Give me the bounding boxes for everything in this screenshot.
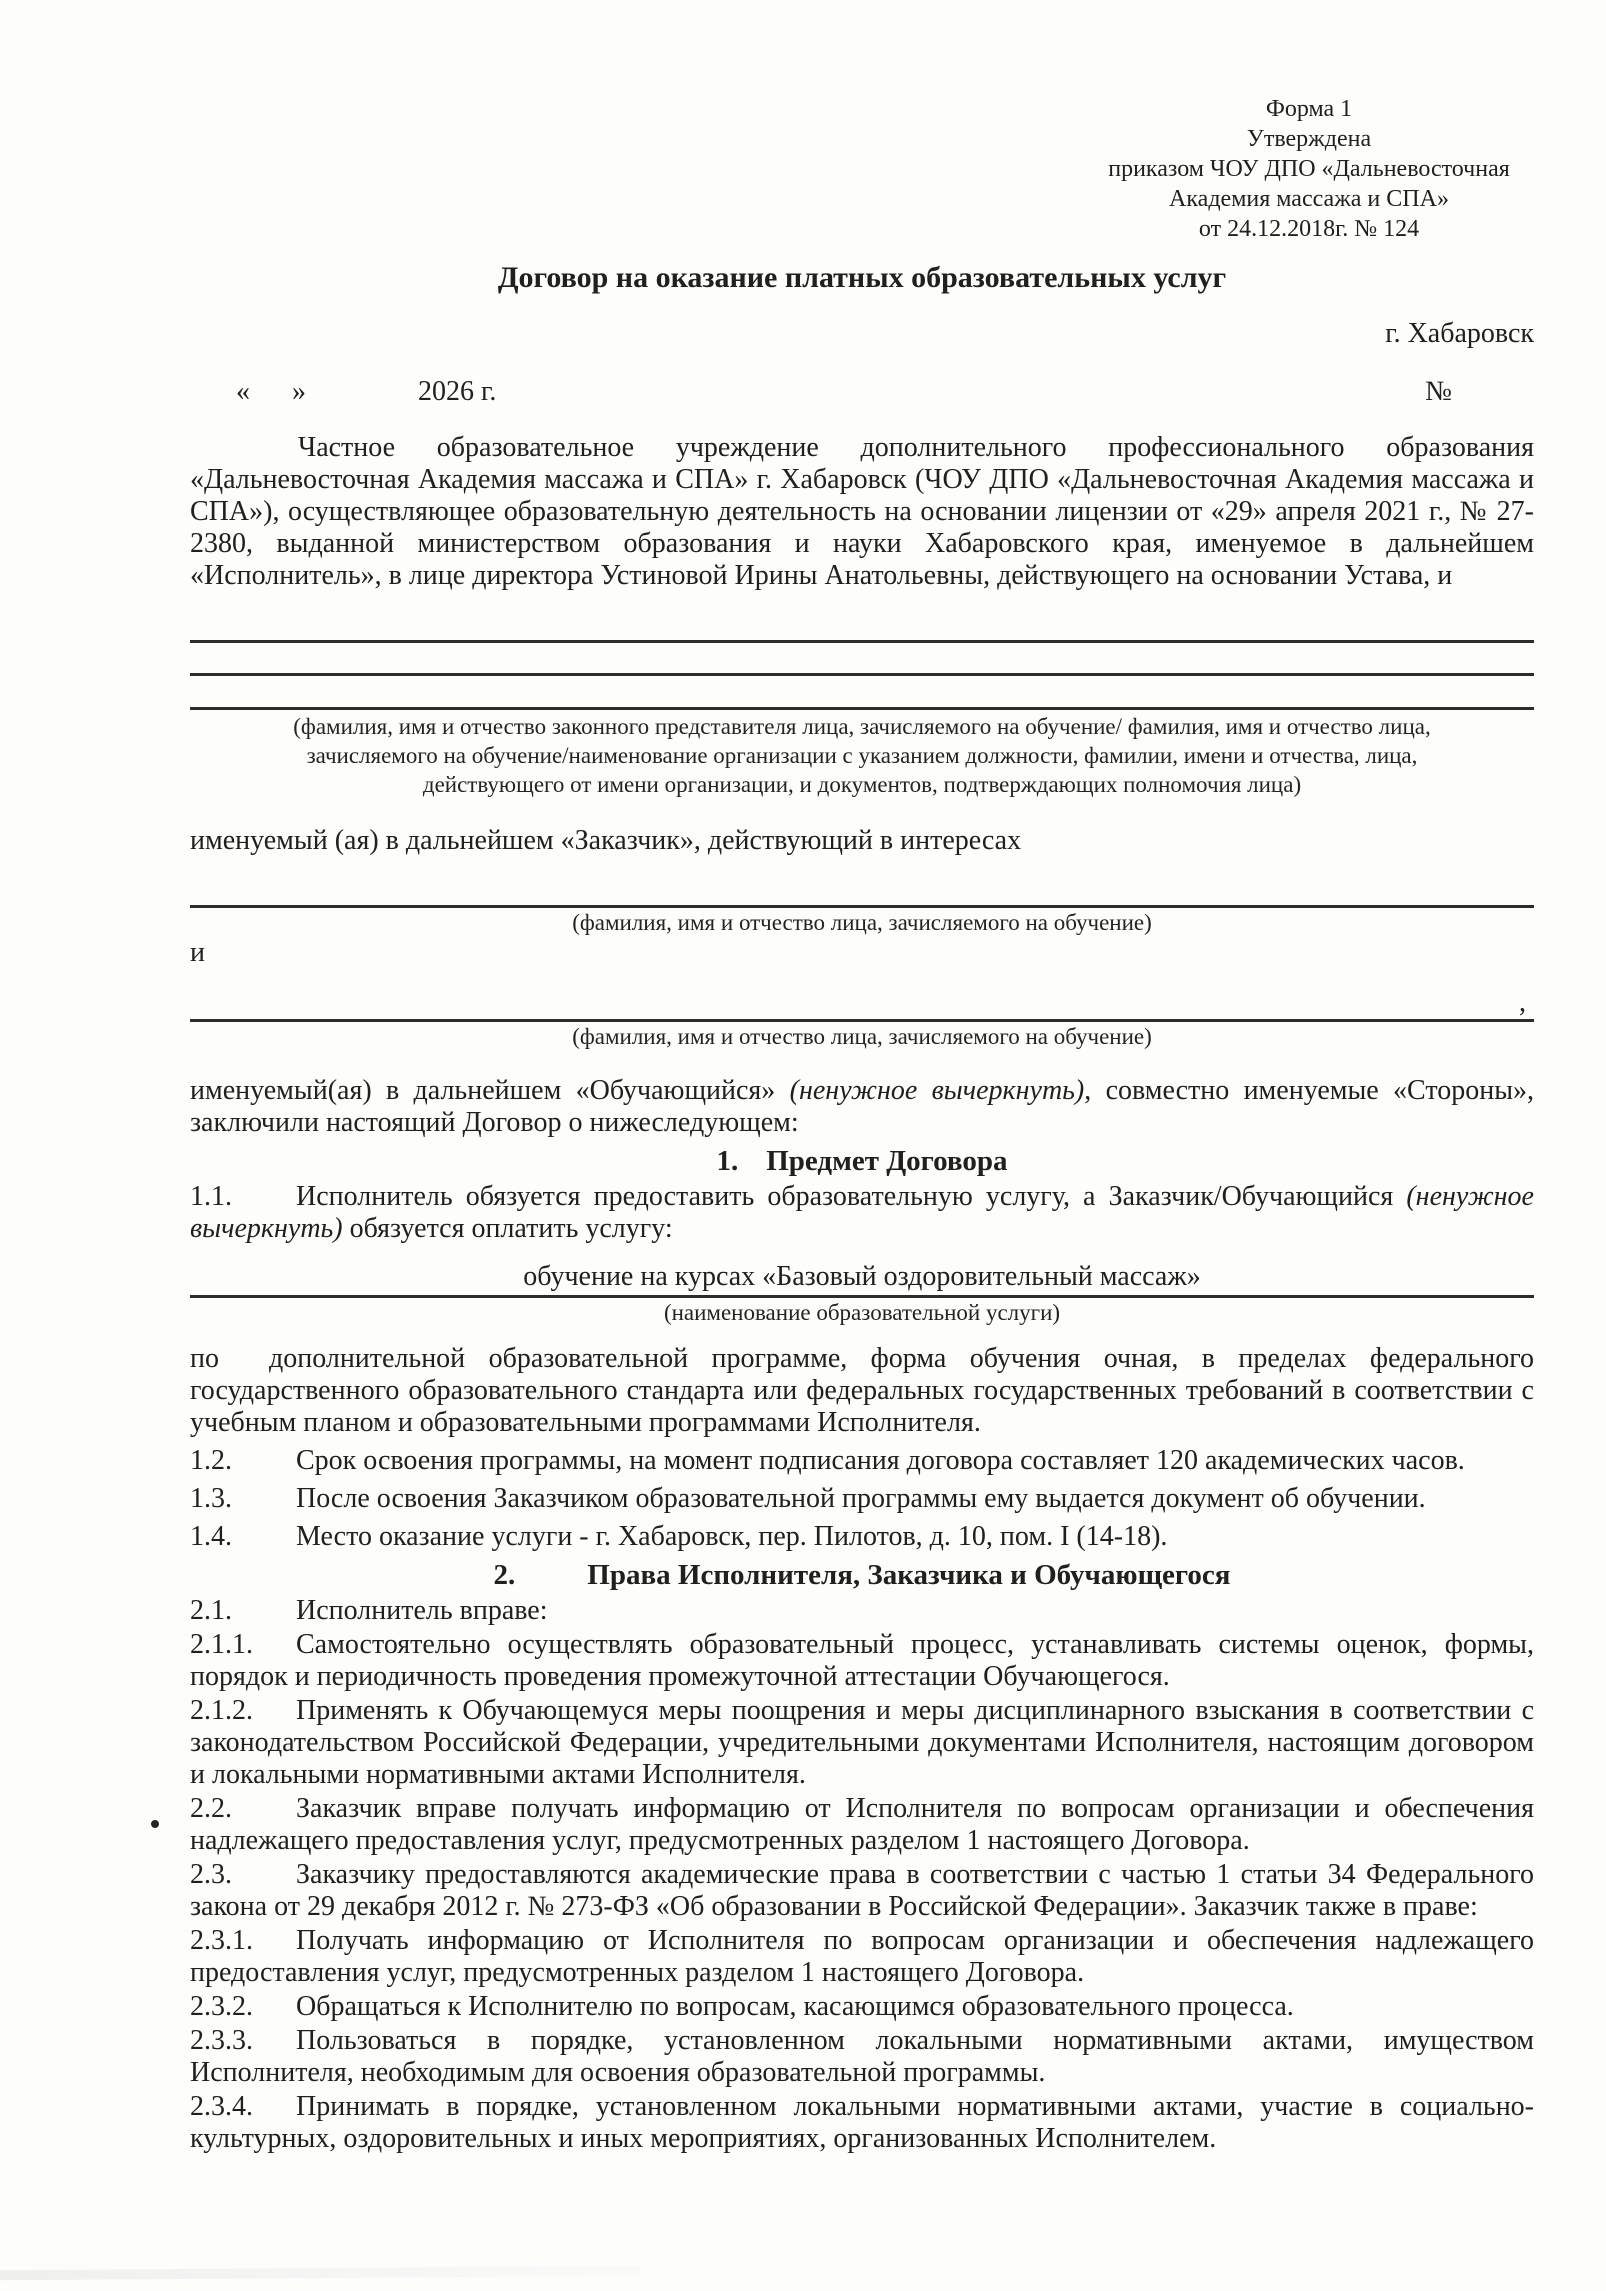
approval-note-line: Форма 1 [1084,94,1534,124]
clause-2-3: 2.3.Заказчику предоставляются академичес… [190,1859,1534,1923]
clause-number: 1.2. [190,1445,296,1477]
clause-program: подополнительной образовательной програм… [190,1343,1534,1439]
clause-text: Принимать в порядке, установленном локал… [190,2091,1534,2154]
clause-2-1-1: 2.1.1.Самостоятельно осуществлять образо… [190,1629,1534,1693]
student-clause-text: именуемый(ая) в дальнейшем «Обучающийся» [190,1075,790,1106]
clause-2-2: 2.2.Заказчик вправе получать информацию … [190,1793,1534,1857]
date-number-row: « » 2026 г. № [190,376,1534,408]
fill-in-caption-long: (фамилия, имя и отчество законного предс… [190,712,1534,799]
clause-text: Срок освоения программы, на момент подпи… [296,1445,1465,1476]
fill-in-line [190,857,1534,908]
service-name: обучение на курсах «Базовый оздоровитель… [523,1261,1200,1292]
document-title: Договор на оказание платных образователь… [190,260,1534,296]
clause-text: обязуется оплатить услугу: [343,1213,673,1244]
clause-text: Исполнитель обязуется предоставить образ… [296,1181,1406,1212]
approval-note-line: Академия массажа и СПА» [1084,184,1534,214]
strike-note-italic: (ненужное вычеркнуть) [790,1075,1085,1106]
clause-2-3-4: 2.3.4.Принимать в порядке, установленном… [190,2091,1534,2155]
approval-note-line: от 24.12.2018г. № 124 [1084,214,1534,244]
clause-number: 1.1. [190,1181,296,1213]
clause-text: Заказчик вправе получать информацию от И… [190,1793,1534,1856]
clause-number: 2.3.4. [190,2091,296,2123]
approval-note: Форма 1 Утверждена приказом ЧОУ ДПО «Дал… [1084,94,1534,244]
fill-in-line [190,676,1534,710]
city-line: г. Хабаровск [190,318,1534,350]
clause-number: 2.1.2. [190,1695,296,1727]
clause-2-1-2: 2.1.2.Применять к Обучающемуся меры поощ… [190,1695,1534,1791]
clause-text: Исполнитель вправе: [296,1595,548,1626]
ink-speck [151,1820,159,1828]
clause-text: Самостоятельно осуществлять образователь… [190,1629,1534,1692]
clause-1-4: 1.4.Место оказание услуги - г. Хабаровск… [190,1521,1534,1553]
clause-number: 2.3.2. [190,1991,296,2023]
student-clause: именуемый(ая) в дальнейшем «Обучающийся»… [190,1075,1534,1139]
clause-1-1: 1.1.Исполнитель обязуется предоставить о… [190,1181,1534,1245]
section-number: 1. [717,1145,739,1177]
caption-line: зачисляемого на обучение/наименование ор… [190,741,1534,770]
intro-paragraph: Частное образовательное учреждение допол… [190,432,1534,592]
document-content: Форма 1 Утверждена приказом ЧОУ ДПО «Дал… [190,0,1534,2155]
clause-number: 2.3. [190,1859,296,1891]
clause-text: После освоения Заказчиком образовательно… [296,1483,1426,1514]
clause-number: 1.3. [190,1483,296,1515]
fill-in-lines [190,606,1534,710]
service-name-line: обучение на курсах «Базовый оздоровитель… [190,1261,1534,1298]
clause-text: Обращаться к Исполнителю по вопросам, ка… [296,1991,1294,2022]
clause-text: Применять к Обучающемуся меры поощрения … [190,1695,1534,1790]
clause-2-3-1: 2.3.1.Получать информацию от Исполнителя… [190,1925,1534,1989]
clause-text: Получать информацию от Исполнителя по во… [190,1925,1534,1988]
clause-number: 2.2. [190,1793,296,1825]
fill-in-line: , [190,969,1534,1022]
date-blank: « » 2026 г. [236,376,496,408]
approval-note-line: Утверждена [1084,124,1534,154]
clause-number: 2.3.3. [190,2025,296,2057]
clause-number: 2.3.1. [190,1925,296,1957]
scan-smudge [0,2266,640,2280]
clause-1-2: 1.2.Срок освоения программы, на момент п… [190,1445,1534,1477]
section-1-heading: 1.Предмет Договора [190,1143,1534,1179]
document-page: Форма 1 Утверждена приказом ЧОУ ДПО «Дал… [0,0,1606,2291]
clause-text: дополнительной образовательной программе… [190,1343,1534,1438]
clause-number: 2.1. [190,1595,296,1627]
and-word: и [190,937,1534,969]
customer-clause: именуемый (ая) в дальнейшем «Заказчик», … [190,825,1534,857]
caption-line: (фамилия, имя и отчество законного предс… [190,712,1534,741]
service-caption: (наименование образовательной услуги) [190,1298,1534,1327]
contract-number-sign: № [1425,376,1452,408]
clause-number: 2.1.1. [190,1629,296,1661]
clause-number: 1.4. [190,1521,296,1553]
trailing-comma: , [1519,987,1526,1019]
clause-text: Заказчику предоставляются академические … [190,1859,1534,1922]
fill-in-caption-short: (фамилия, имя и отчество лица, зачисляем… [190,908,1534,937]
clause-1-3: 1.3.После освоения Заказчиком образовате… [190,1483,1534,1515]
approval-note-line: приказом ЧОУ ДПО «Дальневосточная [1084,154,1534,184]
section-number: 2. [494,1559,516,1591]
section-title: Права Исполнителя, Заказчика и Обучающег… [587,1559,1230,1591]
clause-text: Пользоваться в порядке, установленном ло… [190,2025,1534,2088]
fill-in-line [190,643,1534,676]
clause-2-3-3: 2.3.3.Пользоваться в порядке, установлен… [190,2025,1534,2089]
clause-2-1: 2.1.Исполнитель вправе: [190,1595,1534,1627]
fill-in-caption-short: (фамилия, имя и отчество лица, зачисляем… [190,1022,1534,1051]
section-title: Предмет Договора [766,1145,1007,1177]
clause-text: по [190,1343,219,1374]
caption-line: действующего от имени организации, и док… [190,770,1534,799]
clause-2-3-2: 2.3.2.Обращаться к Исполнителю по вопрос… [190,1991,1534,2023]
section-2-heading: 2.Права Исполнителя, Заказчика и Обучающ… [190,1557,1534,1593]
clause-text: Место оказание услуги - г. Хабаровск, пе… [296,1521,1167,1552]
fill-in-line [190,606,1534,643]
